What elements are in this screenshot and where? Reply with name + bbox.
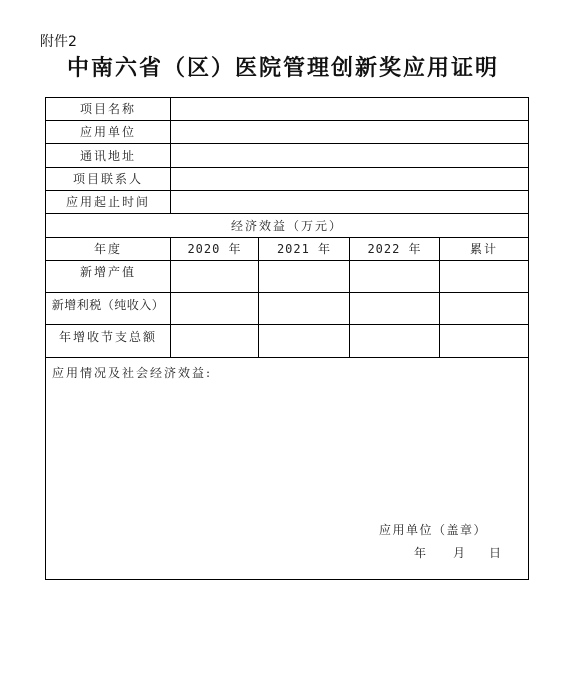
document-title: 中南六省（区）医院管理创新奖应用证明 [0, 51, 566, 82]
annual-savings-2020-field[interactable] [171, 324, 258, 357]
label-application-period: 应用起止时间 [46, 190, 170, 213]
seal-label: 应用单位（盖章） [379, 521, 487, 538]
date-day-label: 日 [489, 544, 503, 561]
row-label-new-output-value: 新增产值 [46, 260, 170, 292]
label-applying-unit: 应用单位 [46, 120, 170, 143]
row-divider [45, 357, 529, 358]
label-project-name: 项目名称 [46, 97, 170, 120]
label-project-contact: 项目联系人 [46, 167, 170, 190]
date-year-label: 年 [414, 544, 428, 561]
output-value-2022-field[interactable] [350, 260, 439, 292]
column-header-2020: 2020 年 [171, 237, 258, 260]
attachment-label: 附件2 [40, 31, 77, 51]
annual-savings-total-field[interactable] [440, 324, 528, 357]
column-header-total: 累计 [440, 237, 528, 260]
output-value-2020-field[interactable] [171, 260, 258, 292]
label-mailing-address: 通讯地址 [46, 143, 170, 167]
annual-savings-2022-field[interactable] [350, 324, 439, 357]
annual-savings-2021-field[interactable] [259, 324, 349, 357]
row-label-annual-savings: 年增收节支总额 [46, 324, 170, 357]
output-value-total-field[interactable] [440, 260, 528, 292]
profit-tax-total-field[interactable] [440, 292, 528, 324]
profit-tax-2020-field[interactable] [171, 292, 258, 324]
economic-benefits-title: 经济效益（万元） [46, 213, 528, 237]
column-header-2021: 2021 年 [259, 237, 349, 260]
application-period-field[interactable] [171, 190, 528, 213]
profit-tax-2022-field[interactable] [350, 292, 439, 324]
date-month-label: 月 [453, 544, 467, 561]
output-value-2021-field[interactable] [259, 260, 349, 292]
benefits-description-field[interactable] [52, 384, 522, 514]
row-label-new-profit-tax: 新增利税（纯收入） [46, 292, 170, 324]
benefits-description-label: 应用情况及社会经济效益: [52, 364, 212, 381]
profit-tax-2021-field[interactable] [259, 292, 349, 324]
column-header-2022: 2022 年 [350, 237, 439, 260]
column-header-year: 年度 [46, 237, 170, 260]
project-name-field[interactable] [171, 97, 528, 120]
applying-unit-field[interactable] [171, 120, 528, 143]
project-contact-field[interactable] [171, 167, 528, 190]
mailing-address-field[interactable] [171, 143, 528, 167]
